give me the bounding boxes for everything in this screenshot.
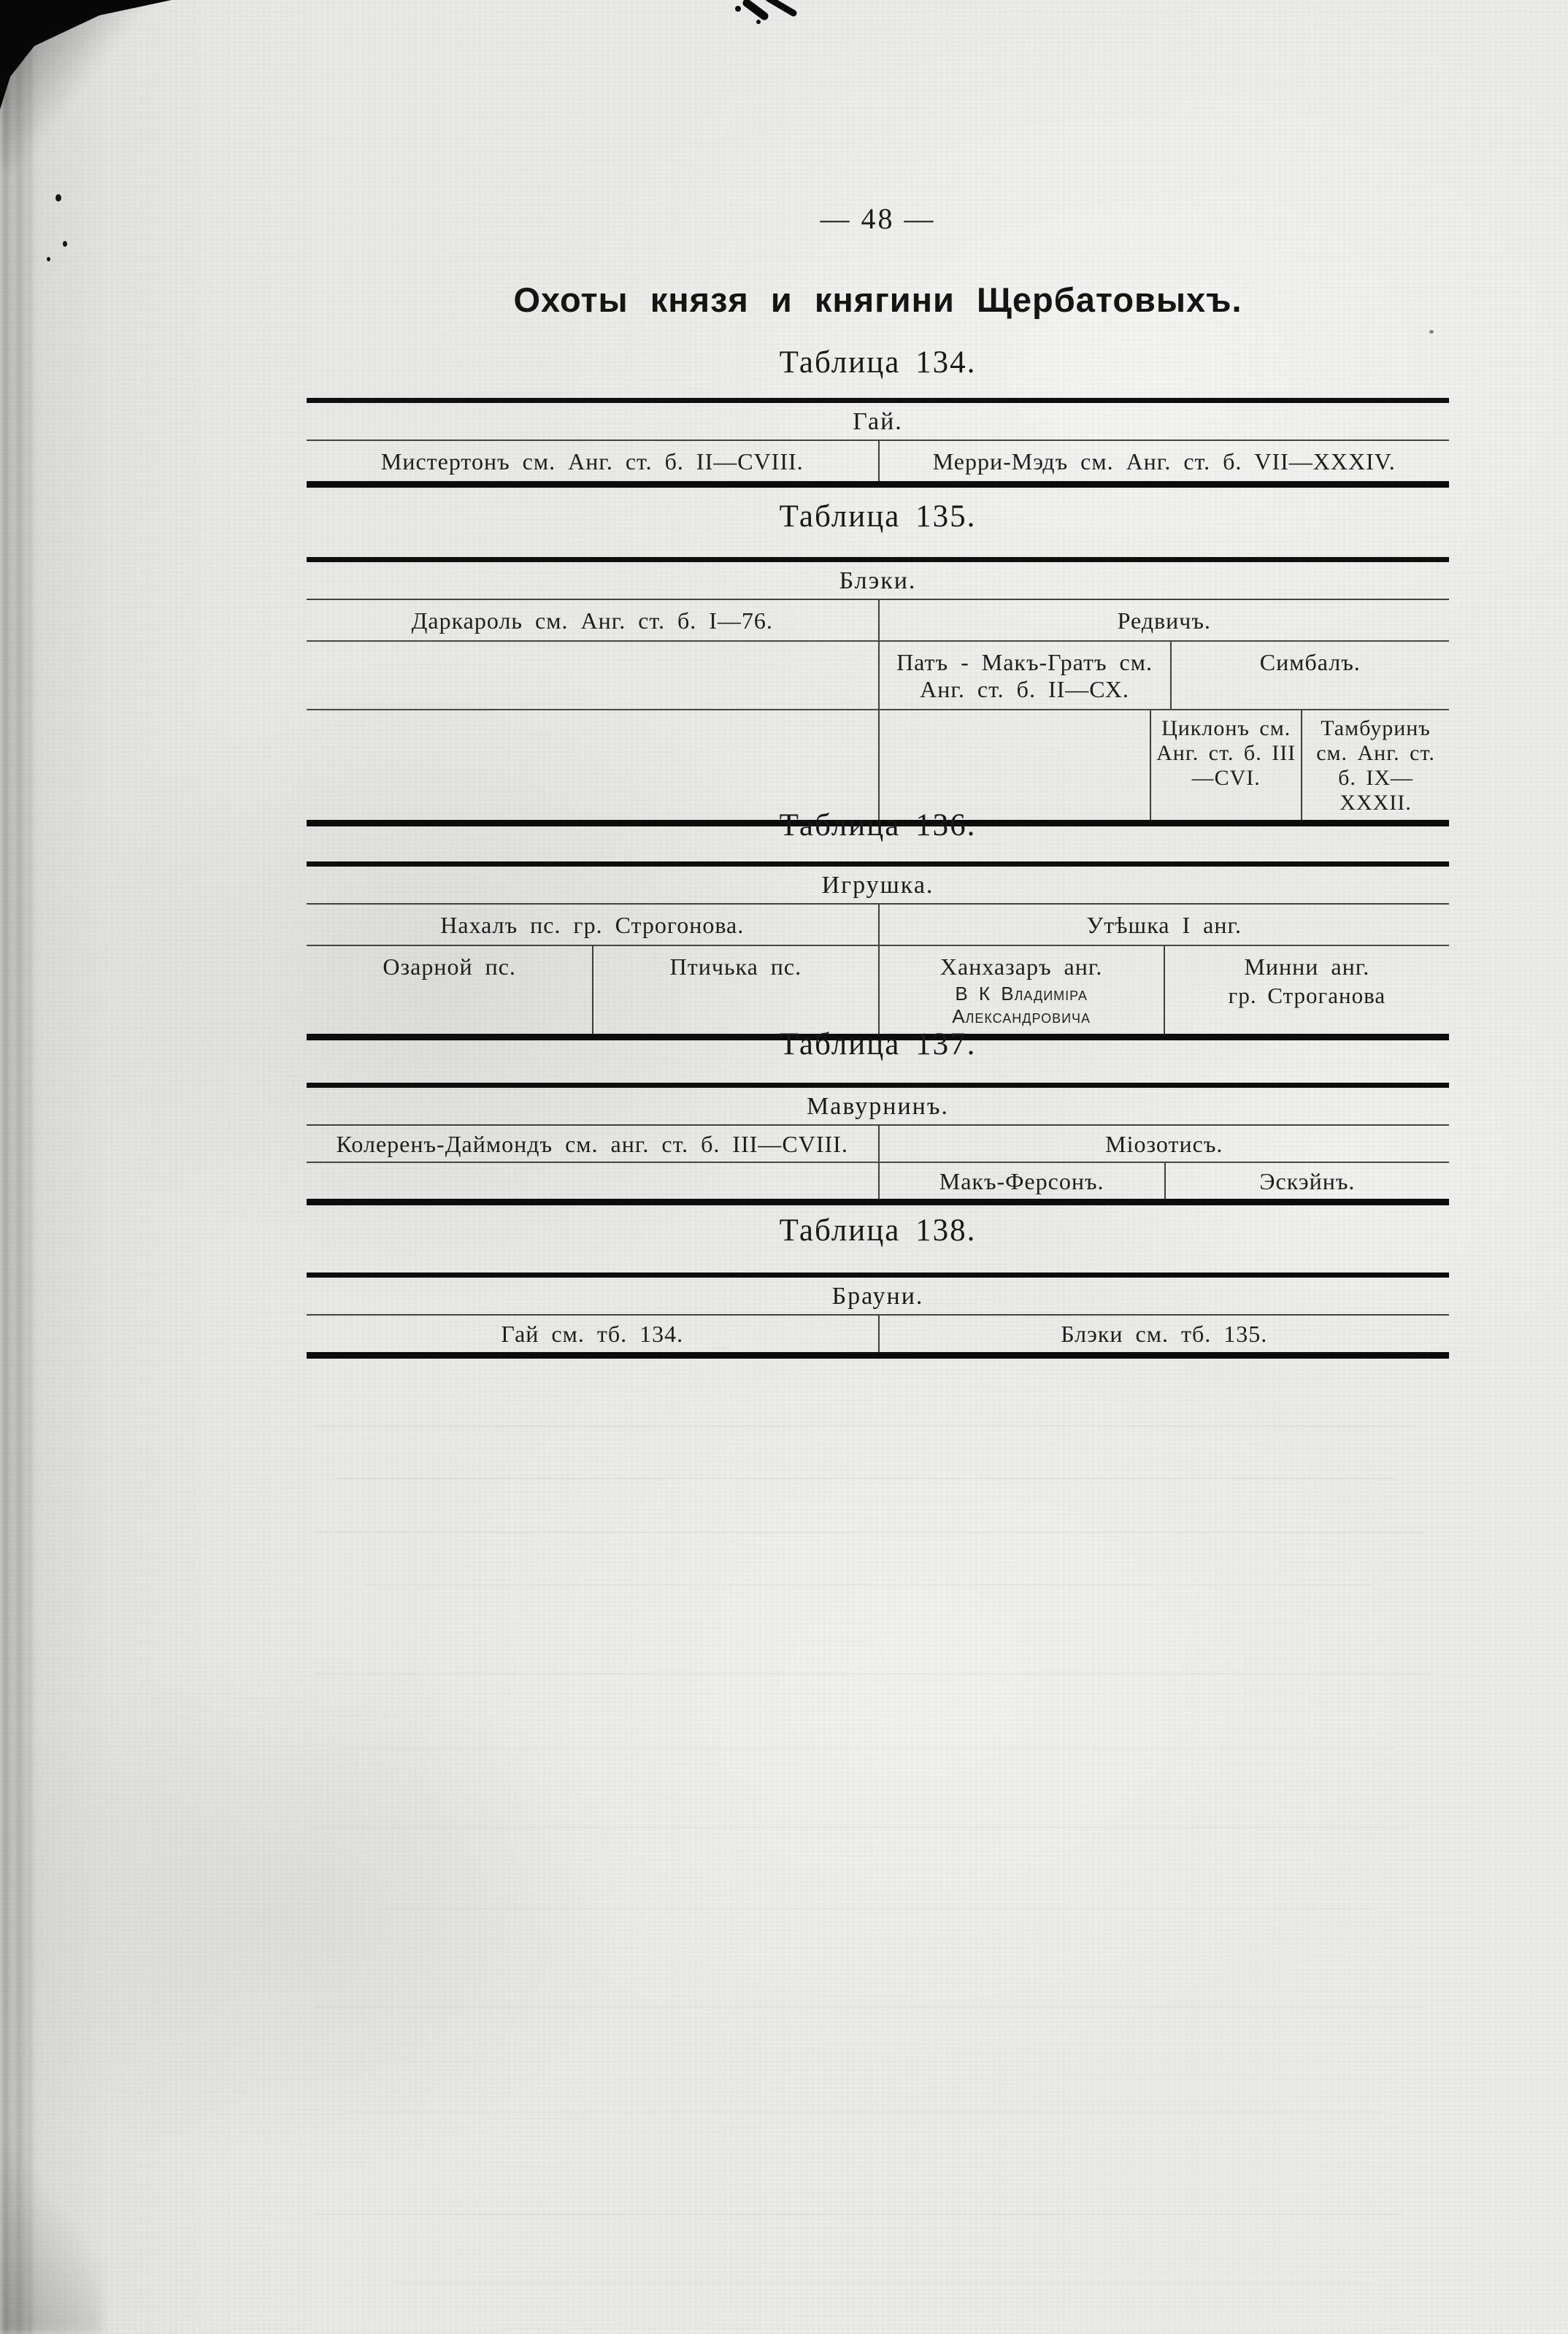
table-135-dam-sire-cell: Патъ - Макъ-Гратъ см. Анг. ст. б. II—СХ. — [880, 642, 1170, 709]
table-136-granddam1-cell: Птичька пс. — [592, 946, 877, 1034]
pedigree-table-136: Игрушка. Нахалъ пс. гр. Строгонова. Утѣш… — [307, 861, 1449, 1040]
table-137-dam-dam-cell: Эскэйнъ. — [1164, 1163, 1449, 1199]
corner-shadow-bottom-left — [0, 2115, 102, 2334]
table-138-sire-cell: Гай см. тб. 134. — [307, 1316, 878, 1352]
table-137-root-name: Мавурнинъ. — [307, 1088, 1449, 1126]
table-136-grandsire2-cell: Ханхазаръ анг. В К Владиміра Александров… — [878, 946, 1164, 1034]
page-title: Охоты князя и княгини Щербатовыхъ. — [307, 280, 1449, 320]
pedigree-table-137: Мавурнинъ. Колеренъ-Даймондъ см. анг. ст… — [307, 1083, 1449, 1205]
empty-cell — [307, 1163, 878, 1199]
empty-cell — [880, 710, 1150, 820]
table-135-cyclone-cell: Циклонъ см. Анг. ст. б. III—CVI. — [1150, 710, 1301, 820]
table-row: Патъ - Макъ-Гратъ см. Анг. ст. б. II—СХ.… — [307, 642, 1449, 710]
table-row-nested: Макъ-Ферсонъ. Эскэйнъ. — [878, 1163, 1450, 1199]
table-caption-134: Таблица 134. — [307, 345, 1449, 380]
paper-speck — [55, 194, 61, 201]
table-138-dam-cell: Блэки см. тб. 135. — [878, 1316, 1450, 1352]
scanned-page-paper: — 48 — Охоты князя и княгини Щербатовыхъ… — [0, 0, 1568, 2334]
table-136-root-name: Игрушка. — [307, 867, 1449, 905]
table-137-dam-sire-cell: Макъ-Ферсонъ. — [880, 1163, 1164, 1199]
owner-name: В К Владиміра Александровича — [888, 983, 1155, 1028]
owner-name: гр. Строганова — [1174, 983, 1440, 1009]
empty-cell — [307, 710, 878, 820]
table-row: Озарной пс. Птичька пс. Ханхазаръ анг. В… — [307, 946, 1449, 1034]
table-row-nested: Патъ - Макъ-Гратъ см. Анг. ст. б. II—СХ.… — [878, 642, 1450, 709]
binding-fold-shadow — [3, 0, 32, 2334]
table-row: Даркароль см. Анг. ст. б. I—76. Редвичъ. — [307, 600, 1449, 642]
table-caption-136: Таблица 136. — [307, 807, 1449, 843]
table-136-grandsire1-cell: Озарной пс. — [307, 946, 592, 1034]
table-135-sire-cell: Даркароль см. Анг. ст. б. I—76. — [307, 600, 878, 640]
table-row: Мистертонъ см. Анг. ст. б. II—CVIII. Мер… — [307, 441, 1449, 481]
paper-speck — [47, 257, 50, 261]
empty-cell — [307, 642, 878, 709]
table-134-sire-cell: Мистертонъ см. Анг. ст. б. II—CVIII. — [307, 441, 878, 481]
page-number: — 48 — — [307, 201, 1449, 236]
table-caption-135: Таблица 135. — [307, 499, 1449, 534]
table-137-dam-cell: Міозотисъ. — [878, 1126, 1450, 1162]
table-135-tambourine-cell: Тамбуринъ см. Анг. ст. б. IX—XXXII. — [1301, 710, 1449, 820]
table-138-root-name: Брауни. — [307, 1278, 1449, 1316]
table-135-dam-cell: Редвичъ. — [878, 600, 1450, 640]
pedigree-table-134: Гай. Мистертонъ см. Анг. ст. б. II—CVIII… — [307, 398, 1449, 488]
table-row-nested: Циклонъ см. Анг. ст. б. III—CVI. Тамбури… — [878, 710, 1450, 820]
table-caption-138: Таблица 138. — [307, 1213, 1449, 1248]
table-136-granddam2-cell: Минни анг. гр. Строганова — [1164, 946, 1449, 1034]
dog-name: Минни анг. — [1174, 953, 1440, 980]
table-row: Гай см. тб. 134. Блэки см. тб. 135. — [307, 1316, 1449, 1352]
dog-name: Ханхазаръ анг. — [888, 953, 1155, 980]
pedigree-table-135: Блэки. Даркароль см. Анг. ст. б. I—76. Р… — [307, 557, 1449, 826]
table-137-sire-cell: Колеренъ-Даймондъ см. анг. ст. б. III—CV… — [307, 1126, 878, 1162]
table-135-dam-dam-cell: Симбалъ. — [1170, 642, 1449, 709]
table-134-root-name: Гай. — [307, 403, 1449, 441]
table-row: Циклонъ см. Анг. ст. б. III—CVI. Тамбури… — [307, 710, 1449, 820]
scan-edge-top-left — [0, 0, 172, 110]
table-134-dam-cell: Мерри-Мэдъ см. Анг. ст. б. VII—XXXIV. — [878, 441, 1450, 481]
page-content: — 48 — Охоты князя и княгини Щербатовыхъ… — [307, 0, 1449, 2334]
table-row: Нахалъ пс. гр. Строгонова. Утѣшка I анг. — [307, 905, 1449, 946]
table-136-dam-cell: Утѣшка I анг. — [878, 905, 1450, 945]
table-caption-137: Таблица 137. — [307, 1026, 1449, 1062]
table-136-sire-cell: Нахалъ пс. гр. Строгонова. — [307, 905, 878, 945]
paper-speck — [63, 241, 67, 247]
table-row: Колеренъ-Даймондъ см. анг. ст. б. III—CV… — [307, 1126, 1449, 1163]
table-135-root-name: Блэки. — [307, 562, 1449, 600]
table-row: Макъ-Ферсонъ. Эскэйнъ. — [307, 1163, 1449, 1199]
pedigree-table-138: Брауни. Гай см. тб. 134. Блэки см. тб. 1… — [307, 1272, 1449, 1359]
